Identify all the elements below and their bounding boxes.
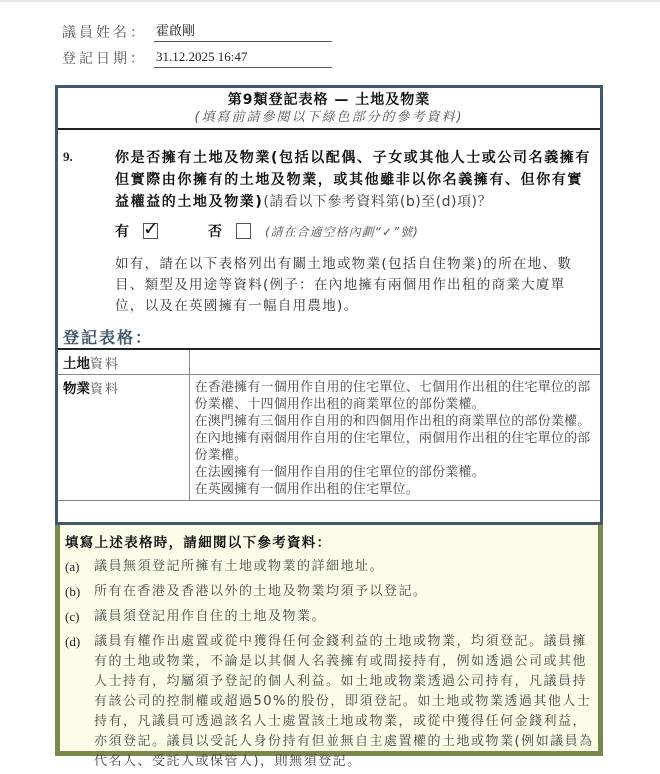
reference-marker: (c) — [65, 607, 79, 627]
member-name-row: 議員姓名： 霍啟剛 — [62, 20, 332, 42]
registration-form: 第9類登記表格 — 土地及物業 (填寫前請參閱以下綠色部分的參考資料) 9. 你… — [55, 85, 603, 525]
property-label-normal: 資料 — [90, 382, 120, 397]
section-heading: 登記表格： — [63, 325, 153, 348]
member-name-label: 議員姓名： — [62, 22, 154, 42]
answer-no-checkbox[interactable] — [236, 223, 251, 239]
table-row-property: 物業資料 在香港擁有一個用作自用的住宅單位、七個用作出租的住宅單位的部份業權、十… — [58, 375, 600, 501]
reference-text: 所有在香港及香港以外的土地及物業均須予以登記。 — [94, 582, 594, 602]
reference-text: 議員須登記用作自住的土地及物業。 — [94, 607, 594, 627]
land-label-normal: 資料 — [90, 357, 120, 372]
reference-text: 議員無須登記所擁有土地或物業的詳細地址。 — [94, 557, 594, 577]
property-line: 在英國擁有一個用作出租的住宅單位。 — [195, 481, 596, 498]
land-info-value — [189, 349, 600, 375]
answer-row: 有 ✓ 否 (請在合適空格內劃“✓”號) — [115, 220, 419, 242]
reference-marker: (b) — [65, 582, 80, 602]
question-number: 9. — [63, 149, 73, 165]
land-info-label: 土地資料 — [58, 349, 189, 375]
registration-table: 土地資料 物業資料 在香港擁有一個用作自用的住宅單位、七個用作出租的住宅單位的部… — [58, 348, 600, 501]
instruction-text: 如有，請在以下表格列出有關土地或物業(包括自住物業)的所在地、數目、類型及用途等… — [115, 254, 595, 317]
property-label-bold: 物業 — [63, 381, 90, 397]
property-line: 在內地擁有兩個用作自用的住宅單位，兩個用作出租的住宅單位的部份業權。 — [195, 430, 596, 464]
form-title: 第9類登記表格 — 土地及物業 — [58, 91, 600, 109]
property-info-value: 在香港擁有一個用作自用的住宅單位、七個用作出租的住宅單位的部份業權、十四個用作出… — [189, 375, 600, 501]
form-subtitle: (填寫前請參閱以下綠色部分的參考資料) — [58, 109, 600, 126]
reference-marker: (d) — [65, 632, 80, 652]
reference-marker: (a) — [65, 557, 79, 577]
reference-notes: 填寫上述表格時，請細閱以下參考資料： (a) 議員無須登記所擁有土地或物業的詳細… — [55, 525, 603, 756]
answer-no-label: 否 — [208, 221, 222, 241]
question-text-note: (請看以下參考資料第(b)至(d)項)？ — [263, 194, 492, 210]
form-title-block: 第9類登記表格 — 土地及物業 (填寫前請參閱以下綠色部分的參考資料) — [58, 88, 600, 130]
reference-text: 議員有權作出處置或從中獲得任何金錢利益的土地或物業，均須登記。議員擁有的土地或物… — [94, 632, 594, 772]
property-line: 在法國擁有一個用作自用的住宅單位的部份業權。 — [195, 464, 596, 481]
question-text: 你是否擁有土地及物業(包括以配偶、子女或其他人士或公司名義擁有但實際由你擁有的土… — [115, 147, 595, 213]
reference-heading: 填寫上述表格時，請細閱以下參考資料： — [65, 531, 331, 551]
answer-yes-label: 有 — [115, 221, 129, 241]
property-info-label: 物業資料 — [58, 375, 189, 501]
property-line: 在澳門擁有三個用作自用的和四個用作出租的商業單位的部份業權。 — [195, 413, 596, 430]
registration-date-row: 登記日期： 31.12.2025 16:47 — [62, 46, 332, 68]
registration-date-value: 31.12.2025 16:47 — [154, 49, 332, 68]
land-label-bold: 土地 — [63, 356, 90, 372]
checkmark-icon: ✓ — [143, 218, 159, 240]
property-line: 在香港擁有一個用作自用的住宅單位、七個用作出租的住宅單位的部份業權、十四個用作出… — [195, 379, 596, 413]
registration-date-label: 登記日期： — [62, 48, 154, 68]
answer-yes-checkbox[interactable]: ✓ — [143, 223, 158, 239]
answer-hint: (請在合適空格內劃“✓”號) — [265, 223, 419, 240]
table-row-land: 土地資料 — [58, 349, 600, 375]
member-name-value: 霍啟剛 — [154, 20, 332, 42]
